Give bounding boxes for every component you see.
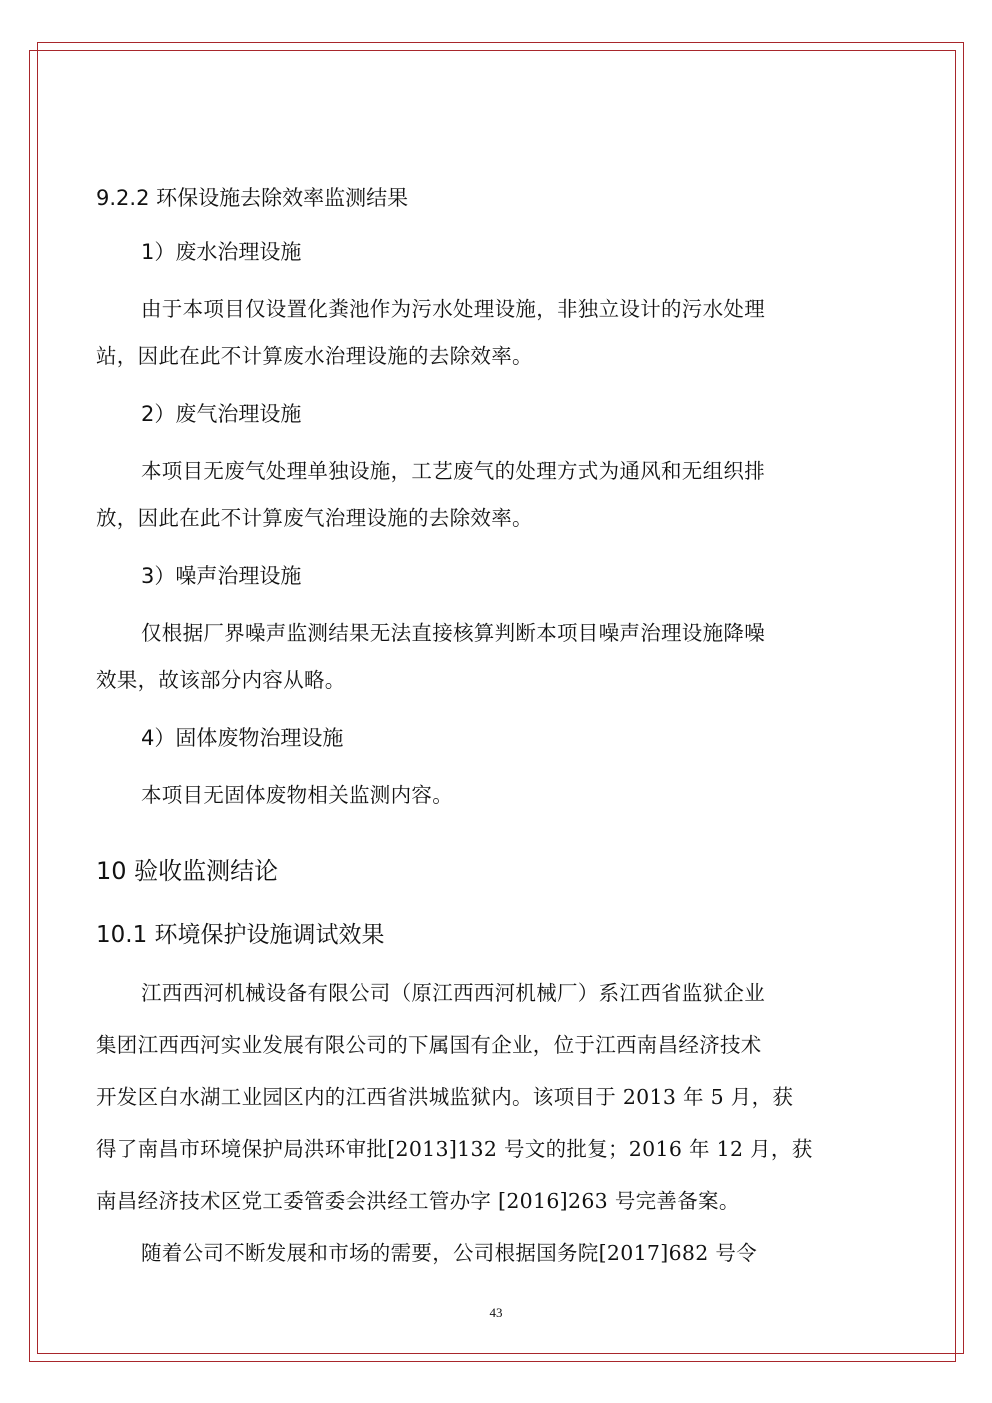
paragraph-line: 江西西河机械设备有限公司（原江西西河机械厂）系江西省监狱企业 xyxy=(141,983,765,1004)
paragraph-line: 得了南昌市环境保护局洪环审批[2013]132 号文的批复；2016 年 12 … xyxy=(96,1139,813,1160)
paragraph-line: 开发区白水湖工业园区内的江西省洪城监狱内。该项目于 2013 年 5 月，获 xyxy=(96,1087,793,1108)
paragraph-line: 效果，故该部分内容从略。 xyxy=(96,670,346,691)
item-heading-solid-waste: 4）固体废物治理设施 xyxy=(141,728,343,749)
page-number: 43 xyxy=(0,1305,992,1321)
paragraph-line: 仅根据厂界噪声监测结果无法直接核算判断本项目噪声治理设施降噪 xyxy=(141,623,765,644)
paragraph-line: 由于本项目仅设置化粪池作为污水处理设施，非独立设计的污水处理 xyxy=(141,299,765,320)
paragraph-line: 随着公司不断发展和市场的需要，公司根据国务院[2017]682 号令 xyxy=(141,1243,757,1264)
paragraph-line: 本项目无固体废物相关监测内容。 xyxy=(141,785,453,806)
paragraph-line: 站，因此在此不计算废水治理设施的去除效率。 xyxy=(96,346,533,367)
section-heading-10: 10 验收监测结论 xyxy=(96,859,278,883)
section-heading-9-2-2: 9.2.2 环保设施去除效率监测结果 xyxy=(96,188,408,209)
item-heading-exhaust-gas: 2）废气治理设施 xyxy=(141,404,301,425)
paragraph-line: 南昌经济技术区党工委管委会洪经工管办字 [2016]263 号完善备案。 xyxy=(96,1191,740,1212)
paragraph-line: 放，因此在此不计算废气治理设施的去除效率。 xyxy=(96,508,533,529)
item-heading-noise: 3）噪声治理设施 xyxy=(141,566,301,587)
paragraph-line: 集团江西西河实业发展有限公司的下属国有企业，位于江西南昌经济技术 xyxy=(96,1035,762,1056)
section-heading-10-1: 10.1 环境保护设施调试效果 xyxy=(96,924,385,947)
item-heading-wastewater: 1）废水治理设施 xyxy=(141,242,301,263)
paragraph-line: 本项目无废气处理单独设施，工艺废气的处理方式为通风和无组织排 xyxy=(141,461,765,482)
